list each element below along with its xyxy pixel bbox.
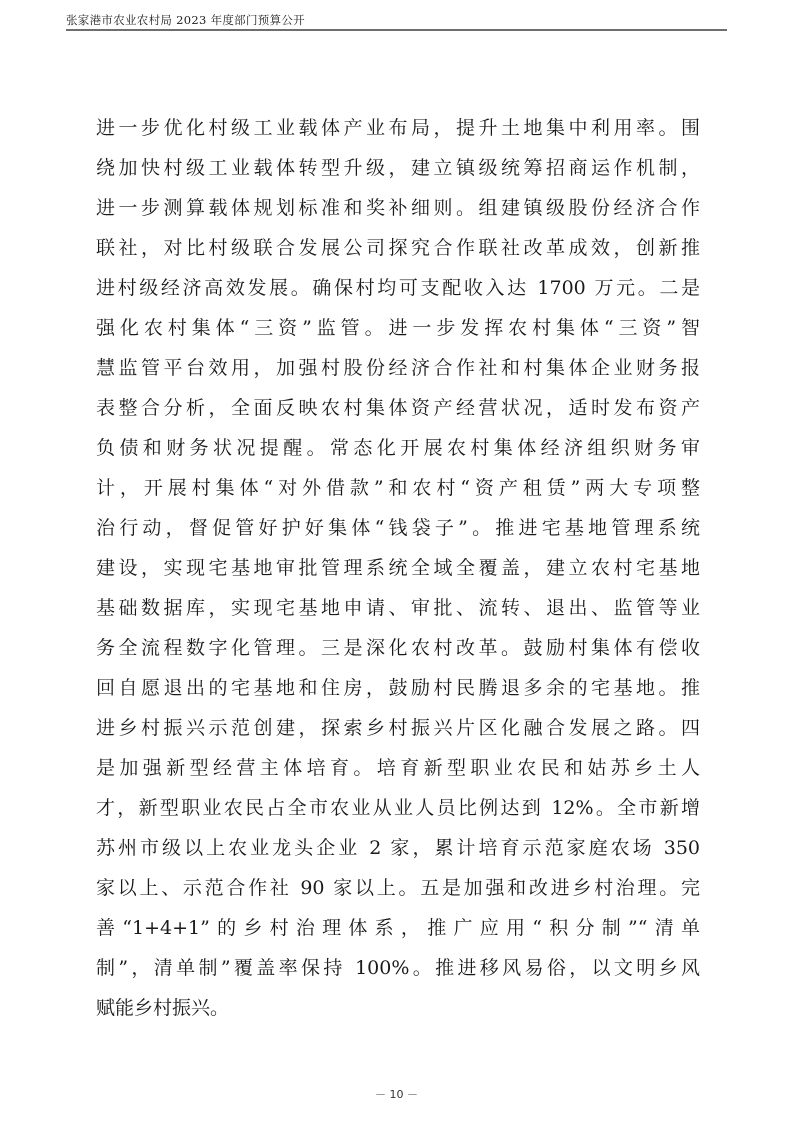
text-line: 苏州市级以上农业龙头企业 2 家，累计培育示范家庭农场 350 [96,828,700,868]
text-line: 绕加快村级工业载体转型升级，建立镇级统筹招商运作机制， [96,148,700,188]
text-line: 是加强新型经营主体培育。培育新型职业农民和姑苏乡土人 [96,748,700,788]
text-line: 联社，对比村级联合发展公司探究合作联社改革成效，创新推 [96,228,700,268]
text-line: 进一步优化村级工业载体产业布局，提升土地集中利用率。围 [96,108,700,148]
text-line: 进一步测算载体规划标准和奖补细则。组建镇级股份经济合作 [96,188,700,228]
text-line: 进乡村振兴示范创建，探索乡村振兴片区化融合发展之路。四 [96,708,700,748]
text-line: 进村级经济高效发展。确保村均可支配收入达 1700 万元。二是 [96,268,700,308]
text-line: 回自愿退出的宅基地和住房，鼓励村民腾退多余的宅基地。推 [96,668,700,708]
text-line: 治行动，督促管好护好集体“钱袋子”。推进宅基地管理系统 [96,508,700,548]
text-line: 计，开展村集体“对外借款”和农村“资产租赁”两大专项整 [96,468,700,508]
text-line: 表整合分析，全面反映农村集体资产经营状况，适时发布资产 [96,388,700,428]
text-line: 建设，实现宅基地审批管理系统全域全覆盖，建立农村宅基地 [96,548,700,588]
document-header-title: 张家港市农业农村局 2023 年度部门预算公开 [66,12,305,28]
text-line: 务全流程数字化管理。三是深化农村改革。鼓励村集体有偿收 [96,628,700,668]
body-paragraph: 进一步优化村级工业载体产业布局，提升土地集中利用率。围 绕加快村级工业载体转型升… [96,108,700,1028]
text-line: 善“1+4+1”的乡村治理体系，推广应用“积分制”“清单 [96,908,700,948]
text-line: 家以上、示范合作社 90 家以上。五是加强和改进乡村治理。完 [96,868,700,908]
text-line: 制”，清单制”覆盖率保持 100%。推进移风易俗，以文明乡风 [96,948,700,988]
text-line: 负债和财务状况提醒。常态化开展农村集体经济组织财务审 [96,428,700,468]
text-line: 强化农村集体“三资”监管。进一步发挥农村集体“三资”智 [96,308,700,348]
text-line: 才，新型职业农民占全市农业从业人员比例达到 12%。全市新增 [96,788,700,828]
page-number: － 10 － [0,1086,793,1102]
text-line: 慧监管平台效用，加强村股份经济合作社和村集体企业财务报 [96,348,700,388]
page-header: 张家港市农业农村局 2023 年度部门预算公开 [66,10,727,31]
text-line: 基础数据库，实现宅基地申请、审批、流转、退出、监管等业 [96,588,700,628]
text-line-last: 赋能乡村振兴。 [96,988,700,1028]
